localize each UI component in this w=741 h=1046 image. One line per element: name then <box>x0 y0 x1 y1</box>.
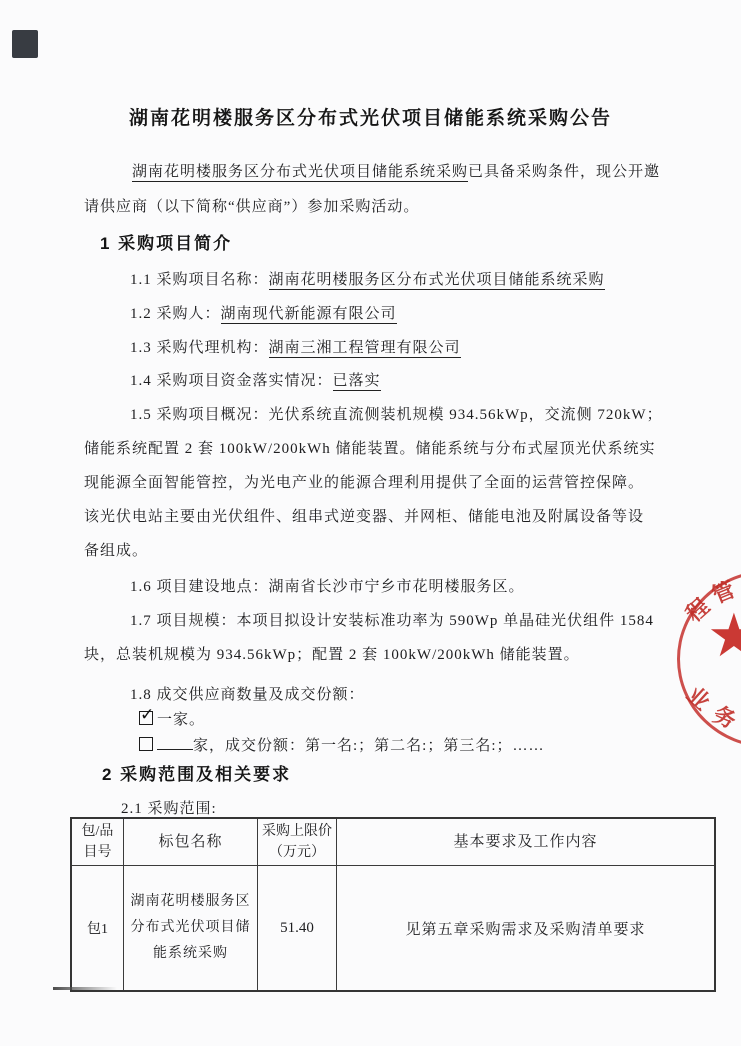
section-1-heading: 1 采购项目简介 <box>100 229 232 251</box>
fill-in-blank <box>157 735 193 750</box>
item-1-4: 1.4 采购项目资金落实情况：已落实 <box>130 369 381 391</box>
item-1-5-line-3: 现能源全面智能管控，为光电产业的能源合理利用提供了全面的运营管控保障。 <box>84 471 644 493</box>
option-multi-supplier: 家，成交份额：第一名:；第二名:；第三名:；…… <box>139 734 545 756</box>
item-1-7-line-1: 1.7 项目规模：本项目拟设计安装标准功率为 590Wp 单晶硅光伏组件 158… <box>130 609 654 631</box>
cell-package-no: 包1 <box>71 866 124 992</box>
item-1-2-value: 湖南现代新能源有限公司 <box>221 306 397 324</box>
cell-package-name: 湖南花明楼服务区分布式光伏项目储能系统采购 <box>124 866 258 992</box>
option-multi-supplier-label: 家，成交份额：第一名:；第二名:；第三名:；…… <box>193 738 545 754</box>
intro-line-1: 湖南花明楼服务区分布式光伏项目储能系统采购已具备采购条件，现公开邀 <box>132 160 660 182</box>
item-1-3: 1.3 采购代理机构：湖南三湘工程管理有限公司 <box>130 336 461 358</box>
item-1-7-line-2: 块，总装机规模为 934.56kWp；配置 2 套 100kW/200kWh 储… <box>84 643 580 665</box>
section-2-heading: 2 采购范围及相关要求 <box>102 760 291 782</box>
procurement-scope-table: 包/品目号 标包名称 采购上限价（万元） 基本要求及工作内容 包1 湖南花明楼服… <box>70 817 716 992</box>
item-1-6: 1.6 项目建设地点：湖南省长沙市宁乡市花明楼服务区。 <box>130 575 525 597</box>
item-1-2: 1.2 采购人：湖南现代新能源有限公司 <box>130 302 397 324</box>
page-title: 湖南花明楼服务区分布式光伏项目储能系统采购公告 <box>0 103 741 130</box>
cell-requirements: 见第五章采购需求及采购清单要求 <box>337 866 716 992</box>
item-1-8: 1.8 成交供应商数量及成交份额： <box>130 683 365 705</box>
option-one-supplier-label: 一家。 <box>157 712 205 728</box>
check-icon: ✓ <box>140 705 154 725</box>
intro-underlined-project: 湖南花明楼服务区分布式光伏项目储能系统采购 <box>132 164 468 182</box>
checkbox-unchecked <box>139 737 153 751</box>
item-1-5-line-2: 储能系统配置 2 套 100kW/200kWh 储能装置。储能系统与分布式屋顶光… <box>84 437 656 459</box>
checkbox-checked: ✓ <box>139 711 153 725</box>
col-header-price-cap: 采购上限价（万元） <box>258 818 337 866</box>
col-header-package-no: 包/品目号 <box>71 818 124 866</box>
col-header-requirements: 基本要求及工作内容 <box>337 818 716 866</box>
document-page: 湖南花明楼服务区分布式光伏项目储能系统采购公告 湖南花明楼服务区分布式光伏项目储… <box>0 0 741 1046</box>
intro-line-2: 请供应商（以下简称“供应商”）参加采购活动。 <box>84 195 419 217</box>
item-1-4-value: 已落实 <box>333 373 381 391</box>
item-1-3-value: 湖南三湘工程管理有限公司 <box>269 340 461 358</box>
stamp-star-icon: ★ <box>707 606 741 666</box>
item-1-1-value: 湖南花明楼服务区分布式光伏项目储能系统采购 <box>269 272 605 290</box>
col-header-package-name: 标包名称 <box>124 818 258 866</box>
cell-price-cap: 51.40 <box>258 866 337 992</box>
item-1-1: 1.1 采购项目名称：湖南花明楼服务区分布式光伏项目储能系统采购 <box>130 268 605 290</box>
item-1-5-line-5: 备组成。 <box>84 539 148 561</box>
table-header-row: 包/品目号 标包名称 采购上限价（万元） 基本要求及工作内容 <box>71 818 715 866</box>
item-1-5-line-4: 该光伏电站主要由光伏组件、组串式逆变器、并网柜、储能电池及附属设备等设 <box>84 505 644 527</box>
item-1-5-line-1: 1.5 采购项目概况：光伏系统直流侧装机规模 934.56kWp，交流侧 720… <box>130 403 663 425</box>
scan-corner-mark <box>12 30 38 58</box>
scan-streak-artifact <box>53 987 117 990</box>
option-one-supplier: ✓一家。 <box>139 708 205 730</box>
table-row: 包1 湖南花明楼服务区分布式光伏项目储能系统采购 51.40 见第五章采购需求及… <box>71 866 715 992</box>
section-2-1-subheading: 2.1 采购范围: <box>121 797 217 819</box>
